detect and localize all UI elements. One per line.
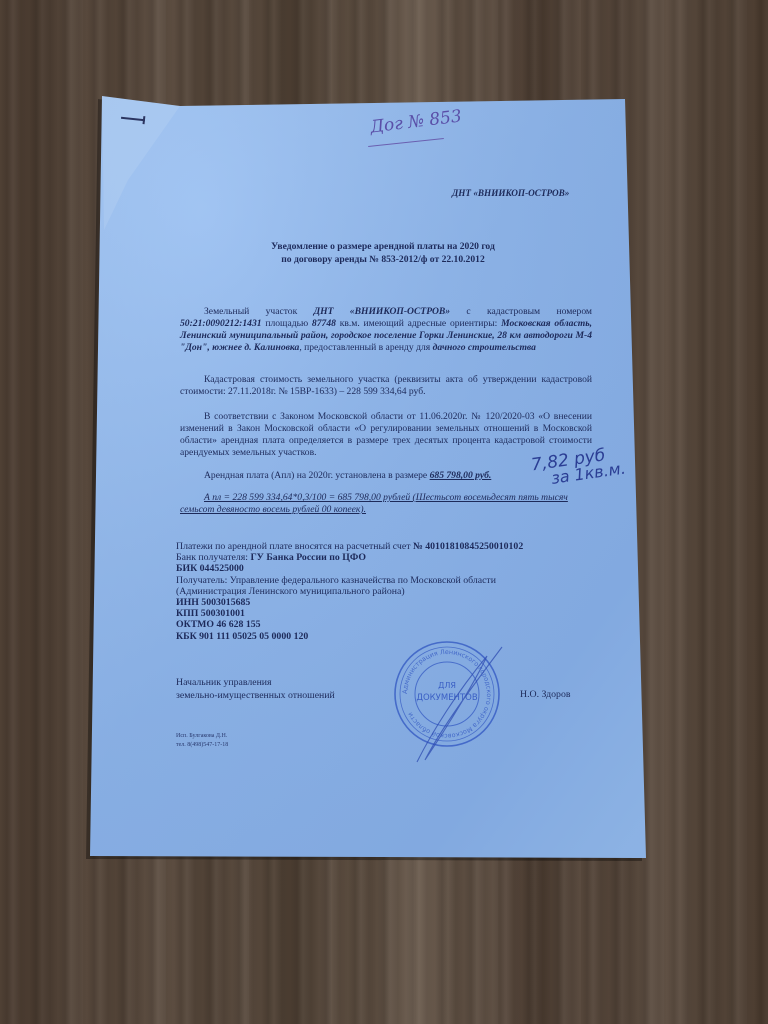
rent-amount: 685 798,00 руб.	[430, 470, 492, 481]
inn: ИНН 5003015685	[176, 597, 596, 608]
document-title: Уведомление о размере арендной платы на …	[238, 240, 528, 266]
account-line: Платежи по арендной плате вносятся на ра…	[176, 541, 596, 552]
recipient-sub: (Администрация Ленинского муниципального…	[176, 586, 596, 597]
executor-info: Исп. Булгакова Д.Н. тел. 8(498)547-17-18	[176, 732, 228, 750]
document-sheet: Дог № 853 ДНТ «ВНИИКОП-ОСТРОВ» Уведомлен…	[0, 0, 768, 1024]
title-line-2: по договору аренды № 853-2012/ф от 22.10…	[238, 253, 528, 266]
para1-text-2: с кадастровым номером	[450, 306, 592, 317]
law-paragraph: В соответствии с Законом Московской обла…	[180, 411, 592, 459]
cadastral-number: 50:21:0090212:1431	[180, 318, 262, 329]
signer-position-line-2: земельно-имущественных отношений	[176, 689, 396, 702]
para1-org: ДНТ «ВНИИКОП-ОСТРОВ»	[314, 306, 450, 317]
bank-line: Банк получателя: ГУ Банка России по ЦФО	[176, 552, 596, 563]
bank-name: ГУ Банка России по ЦФО	[250, 552, 366, 563]
plot-purpose: дачного строительства	[433, 342, 536, 353]
kpp: КПП 500301001	[176, 608, 596, 619]
para1-text-3: площадью	[262, 318, 312, 329]
executor-name: Исп. Булгакова Д.Н.	[176, 732, 228, 741]
rent-calculation-paragraph: А пл = 228 599 334,64*0,3/100 = 685 798,…	[180, 492, 595, 516]
land-plot-paragraph: Земельный участок ДНТ «ВНИИКОП-ОСТРОВ» с…	[180, 306, 592, 354]
recipient: Получатель: Управление федерального казн…	[176, 575, 596, 586]
bank-label: Банк получателя:	[176, 552, 250, 563]
para5-text: А пл = 228 599 334,64*0,3/100 = 685 798,…	[180, 492, 568, 515]
para4-text: Арендная плата (Апл) на 2020г. установле…	[180, 470, 430, 481]
signer-position: Начальник управления земельно-имуществен…	[176, 676, 396, 702]
para3-text: В соответствии с Законом Московской обла…	[180, 411, 592, 458]
account-number: № 40101810845250010102	[413, 541, 523, 552]
kbk: КБК 901 111 05025 05 0000 120	[176, 631, 596, 642]
para1-text-4: кв.м. имеющий адресные ориентиры:	[336, 318, 501, 329]
stamp-center-line-1: ДЛЯ	[438, 681, 456, 690]
para1-text-5: , предоставленный в аренду для	[299, 342, 432, 353]
para1-text-1: Земельный участок	[180, 306, 314, 317]
para2-text: Кадастровая стоимость земельного участка…	[180, 374, 592, 397]
stamp-center-line-2: ДОКУМЕНТОВ	[416, 693, 478, 703]
org-header: ДНТ «ВНИИКОП-ОСТРОВ»	[452, 187, 569, 199]
plot-area: 87748	[312, 318, 336, 329]
title-line-1: Уведомление о размере арендной платы на …	[238, 240, 528, 253]
account-label: Платежи по арендной плате вносятся на ра…	[176, 541, 413, 552]
signer-name: Н.О. Здоров	[520, 689, 570, 701]
cadastral-value-paragraph: Кадастровая стоимость земельного участка…	[180, 374, 592, 398]
official-stamp: Администрация Ленинского городского окру…	[387, 632, 517, 772]
oktmo: ОКТМО 46 628 155	[176, 619, 596, 630]
executor-phone: тел. 8(498)547-17-18	[176, 741, 228, 750]
signer-position-line-1: Начальник управления	[176, 676, 396, 689]
payment-details: Платежи по арендной плате вносятся на ра…	[176, 541, 596, 642]
bik: БИК 044525000	[176, 563, 596, 574]
